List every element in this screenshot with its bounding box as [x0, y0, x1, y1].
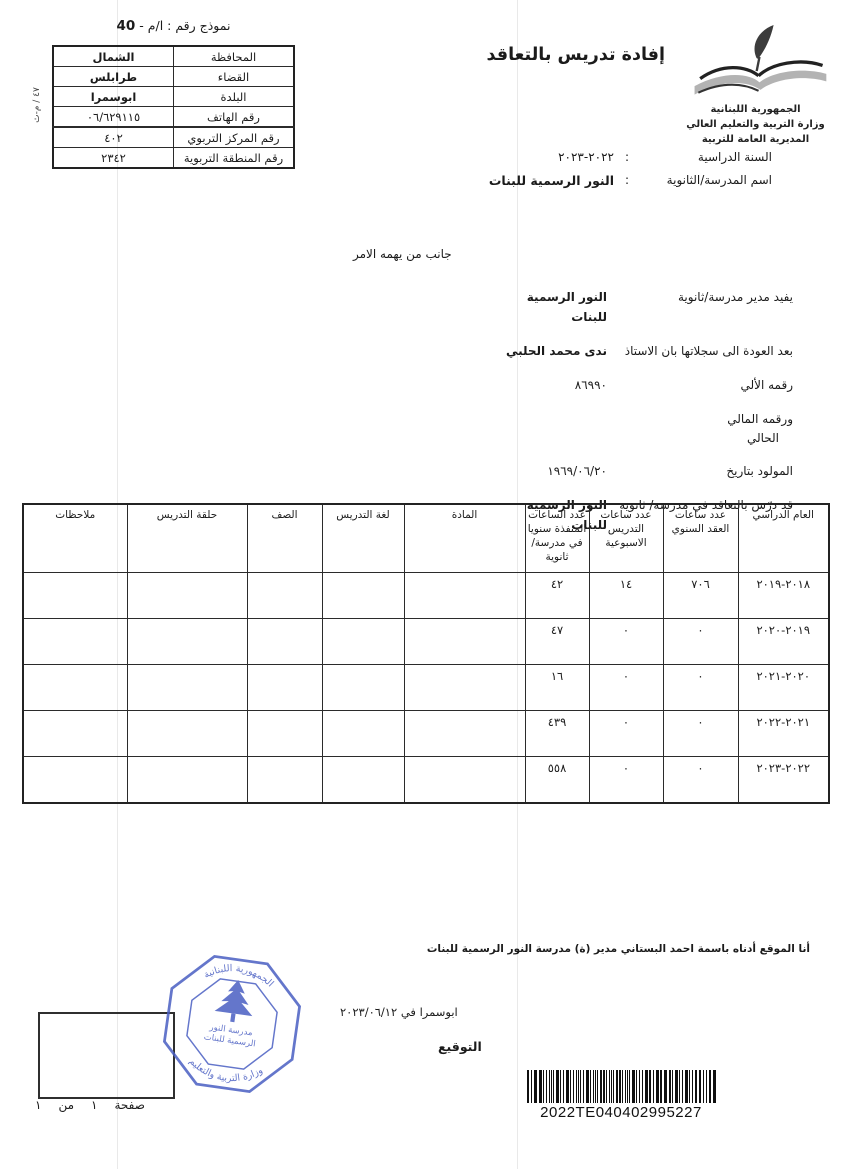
letter-value: ١٩٦٩/٠٦/٢٠	[547, 461, 607, 481]
total-pages: ١	[35, 1098, 41, 1112]
hours-cell: ١٤	[589, 573, 663, 619]
info-value: ٤٠٢	[53, 127, 174, 148]
barcode: 2022TE040402995227	[500, 1070, 742, 1121]
barcode-bar	[639, 1070, 640, 1103]
barcode-bar	[632, 1070, 635, 1103]
hours-header-row: العام الدراسيعدد ساعات العقد السنويعدد س…	[23, 504, 829, 573]
hours-cell: ٤٣٩	[525, 711, 589, 757]
hours-cell	[322, 573, 404, 619]
ministry-line: وزارة التربية والتعليم العالي	[673, 117, 838, 132]
barcode-bar	[692, 1070, 693, 1103]
barcode-bar	[560, 1070, 561, 1103]
hours-header-cell: المادة	[404, 504, 525, 573]
letter-value: ٨٦٩٩٠	[575, 375, 607, 395]
side-code: ٤٧ / م-ث	[32, 60, 42, 150]
info-value: الشمال	[53, 46, 174, 67]
place-date-line: ابوسمرا في ٢٠٢٣/٠٦/١٢	[340, 1005, 458, 1019]
document-title: إفادة تدريس بالتعاقد	[487, 45, 665, 65]
hours-table-body: ٢٠١٨-٢٠١٩٧٠٦١٤٤٢٢٠١٩-٢٠٢٠٠٠٤٧٢٠٢٠-٢٠٢١٠٠…	[23, 573, 829, 804]
hours-cell	[127, 711, 247, 757]
hours-table-row: ٢٠١٨-٢٠١٩٧٠٦١٤٤٢	[23, 573, 829, 619]
barcode-bar	[543, 1070, 544, 1103]
barcode-bar	[609, 1070, 610, 1103]
info-value: ٠٦/٦٢٩١١٥	[53, 107, 174, 128]
info-table-row: رقم المنطقة التربوية٢٣٤٢	[53, 148, 294, 169]
info-table-row: رقم المركز التربوي٤٠٢	[53, 127, 294, 148]
hours-table-row: ٢٠١٩-٢٠٢٠٠٠٤٧	[23, 619, 829, 665]
info-value: طرابلس	[53, 67, 174, 87]
colon: :	[614, 146, 640, 169]
hours-cell: ٤٧	[525, 619, 589, 665]
hours-cell: ٠	[589, 757, 663, 804]
place-label: ابوسمرا في	[401, 1005, 458, 1019]
hours-cell	[247, 665, 322, 711]
barcode-bar	[679, 1070, 680, 1103]
letter-line: المولود بتاريخ١٩٦٩/٠٦/٢٠	[493, 461, 793, 481]
hours-cell: ٥٥٨	[525, 757, 589, 804]
letter-value: ندى محمد الحلبي	[506, 341, 607, 361]
hours-cell: ٠	[663, 665, 738, 711]
hours-table-row: ٢٠٢٠-٢٠٢١٠٠١٦	[23, 665, 829, 711]
declaration-line: أنا الموقع أدناه باسمة احمد البستاني مدي…	[427, 943, 810, 955]
school-year-line: السنة الدراسية : ٢٠٢٢-٢٠٢٣	[472, 146, 772, 169]
info-label: المحافظة	[174, 46, 295, 67]
barcode-bar	[595, 1070, 596, 1103]
barcode-bar	[553, 1070, 554, 1103]
hours-cell	[23, 711, 127, 757]
barcode-bar	[611, 1070, 612, 1103]
barcode-bar	[642, 1070, 643, 1103]
barcode-bar	[603, 1070, 605, 1103]
barcode-bar	[629, 1070, 630, 1103]
barcode-bars	[500, 1070, 742, 1103]
hours-cell: ٧٠٦	[663, 573, 738, 619]
hours-cell	[322, 619, 404, 665]
letter-line: رقمه الألي٨٦٩٩٠	[493, 375, 793, 395]
letter-line: ورقمه الماليالحالي	[493, 409, 793, 447]
hours-cell	[23, 573, 127, 619]
hours-cell	[23, 757, 127, 804]
hours-cell: ٠	[589, 619, 663, 665]
page-number: ١	[91, 1098, 97, 1112]
barcode-bar	[597, 1070, 598, 1103]
hours-header-cell: عدد ساعات التدريس الاسبوعية	[589, 504, 663, 573]
hours-cell: ٠	[663, 619, 738, 665]
hours-cell	[404, 711, 525, 757]
barcode-bar	[675, 1070, 678, 1103]
info-label: رقم المركز التربوي	[174, 127, 295, 148]
barcode-bar	[682, 1070, 683, 1103]
hours-header-cell: عدد ساعات العقد السنوي	[663, 504, 738, 573]
barcode-bar	[649, 1070, 651, 1103]
ministry-line: الجمهورية اللبنانية	[673, 102, 838, 117]
hours-cell	[127, 573, 247, 619]
info-table-body: المحافظةالشمالالقضاءطرابلسالبلدةابوسمرار…	[53, 46, 294, 168]
barcode-bar	[695, 1070, 697, 1103]
school-info-block: السنة الدراسية : ٢٠٢٢-٢٠٢٣ اسم المدرسة/ا…	[472, 146, 772, 192]
hours-cell	[247, 619, 322, 665]
info-value: ابوسمرا	[53, 87, 174, 107]
barcode-bar	[563, 1070, 564, 1103]
school-year-value: ٢٠٢٢-٢٠٢٣	[558, 146, 614, 169]
info-label: القضاء	[174, 67, 295, 87]
school-name-line: اسم المدرسة/الثانوية : النور الرسمية للب…	[472, 169, 772, 192]
barcode-bar	[531, 1070, 532, 1103]
barcode-bar	[625, 1070, 626, 1103]
letter-label: يفيد مدير مدرسة/ثانوية	[607, 287, 793, 327]
hours-header-cell: الصف	[247, 504, 322, 573]
form-model-number: نموذج رقم : ا/م - 40	[52, 18, 295, 34]
hours-cell	[23, 619, 127, 665]
hours-table: العام الدراسيعدد ساعات العقد السنويعدد س…	[22, 503, 830, 804]
letter-line: بعد العودة الى سجلاتها بان الاستاذندى مح…	[493, 341, 793, 361]
hours-year-cell: ٢٠٢٢-٢٠٢٣	[738, 757, 829, 804]
hours-cell	[23, 665, 127, 711]
barcode-bar	[590, 1070, 591, 1103]
barcode-bar	[613, 1070, 614, 1103]
letter-label: بعد العودة الى سجلاتها بان الاستاذ	[607, 341, 793, 361]
hours-cell	[322, 665, 404, 711]
info-table-row: رقم الهاتف٠٦/٦٢٩١١٥	[53, 107, 294, 128]
hours-cell: ١٦	[525, 665, 589, 711]
letter-value: النور الرسمية للبنات	[493, 287, 607, 327]
hours-cell	[404, 665, 525, 711]
barcode-bar	[578, 1070, 579, 1103]
hours-cell	[404, 757, 525, 804]
barcode-bar	[627, 1070, 628, 1103]
barcode-bar	[539, 1070, 542, 1103]
hours-cell	[404, 619, 525, 665]
hours-cell	[322, 711, 404, 757]
ministry-book-logo-icon	[687, 24, 832, 104]
ministry-name-block: الجمهورية اللبنانيةوزارة التربية والتعلي…	[673, 102, 838, 147]
info-table-row: البلدةابوسمرا	[53, 87, 294, 107]
document-page: نموذج رقم : ا/م - 40 المحافظةالشمالالقضا…	[0, 0, 850, 1169]
barcode-bar	[672, 1070, 673, 1103]
hours-cell: ٠	[663, 711, 738, 757]
barcode-bar	[534, 1070, 537, 1103]
hours-table-row: ٢٠٢٢-٢٠٢٣٠٠٥٥٨	[23, 757, 829, 804]
hours-year-cell: ٢٠٢١-٢٠٢٢	[738, 711, 829, 757]
barcode-bar	[580, 1070, 581, 1103]
barcode-bar	[699, 1070, 701, 1103]
barcode-bar	[622, 1070, 623, 1103]
barcode-bar	[593, 1070, 594, 1103]
info-label: رقم الهاتف	[174, 107, 295, 128]
hours-header-cell: عدد الساعات المنفذة سنويا في مدرسة/ثانوي…	[525, 504, 589, 573]
page-word: صفحة	[114, 1098, 144, 1112]
barcode-bar	[664, 1070, 667, 1103]
letter-label: ورقمه الماليالحالي	[607, 409, 793, 447]
barcode-bar	[527, 1070, 529, 1103]
school-name-label: اسم المدرسة/الثانوية	[640, 169, 772, 192]
barcode-bar	[703, 1070, 704, 1103]
barcode-bar	[709, 1070, 711, 1103]
hours-header-cell: لغة التدريس	[322, 504, 404, 573]
hours-cell	[127, 665, 247, 711]
hours-year-cell: ٢٠٢٠-٢٠٢١	[738, 665, 829, 711]
letter-label-line2: الحالي	[607, 429, 793, 447]
school-name-value: النور الرسمية للبنات	[489, 169, 614, 192]
school-year-label: السنة الدراسية	[640, 146, 772, 169]
colon: :	[614, 169, 640, 192]
info-label: رقم المنطقة التربوية	[174, 148, 295, 169]
hours-cell: ٠	[589, 711, 663, 757]
barcode-bar	[606, 1070, 607, 1103]
date-value: ٢٠٢٣/٠٦/١٢	[340, 1005, 397, 1019]
barcode-bar	[645, 1070, 648, 1103]
barcode-bar	[566, 1070, 569, 1103]
barcode-bar	[546, 1070, 547, 1103]
salutation: جانب من يهمه الامر	[353, 247, 452, 261]
page-indicator: صفحة ١ من ١	[35, 1098, 145, 1112]
hours-header-cell: حلقة التدريس	[127, 504, 247, 573]
barcode-bar	[583, 1070, 584, 1103]
info-table-row: المحافظةالشمال	[53, 46, 294, 67]
barcode-bar	[653, 1070, 654, 1103]
barcode-bar	[636, 1070, 637, 1103]
barcode-bar	[660, 1070, 662, 1103]
form-model-value: 40	[117, 18, 136, 34]
barcode-bar	[619, 1070, 621, 1103]
hours-cell	[247, 573, 322, 619]
barcode-bar	[549, 1070, 550, 1103]
barcode-bar	[600, 1070, 602, 1103]
barcode-bar	[576, 1070, 577, 1103]
hours-cell	[404, 573, 525, 619]
hours-cell	[247, 711, 322, 757]
of-word: من	[58, 1098, 74, 1112]
barcode-bar	[586, 1070, 589, 1103]
info-label: البلدة	[174, 87, 295, 107]
barcode-bar	[573, 1070, 574, 1103]
info-table-row: القضاءطرابلس	[53, 67, 294, 87]
signature-label: التوقيع	[438, 1039, 482, 1054]
barcode-bar	[556, 1070, 559, 1103]
barcode-bar	[656, 1070, 659, 1103]
letter-label: المولود بتاريخ	[607, 461, 793, 481]
hours-cell	[127, 757, 247, 804]
barcode-text: 2022TE040402995227	[500, 1104, 742, 1121]
hours-year-cell: ٢٠١٨-٢٠١٩	[738, 573, 829, 619]
barcode-bar	[713, 1070, 716, 1103]
hours-year-cell: ٢٠١٩-٢٠٢٠	[738, 619, 829, 665]
hours-cell: ٠	[589, 665, 663, 711]
official-stamp: الجمهورية اللبنانية وزارة التربية والتعل…	[148, 940, 315, 1107]
hours-header-cell: ملاحظات	[23, 504, 127, 573]
barcode-bar	[689, 1070, 690, 1103]
hours-cell	[322, 757, 404, 804]
hours-cell	[127, 619, 247, 665]
barcode-bar	[570, 1070, 571, 1103]
form-model-prefix: نموذج رقم : ا/م -	[139, 18, 230, 33]
info-value: ٢٣٤٢	[53, 148, 174, 169]
info-table: المحافظةالشمالالقضاءطرابلسالبلدةابوسمرار…	[52, 45, 295, 169]
hours-cell: ٠	[663, 757, 738, 804]
barcode-bar	[706, 1070, 707, 1103]
barcode-bar	[551, 1070, 552, 1103]
hours-cell	[247, 757, 322, 804]
letter-line: يفيد مدير مدرسة/ثانويةالنور الرسمية للبن…	[493, 287, 793, 327]
barcode-bar	[685, 1070, 688, 1103]
ministry-line: المديرية العامة للتربية	[673, 132, 838, 147]
hours-cell: ٤٢	[525, 573, 589, 619]
barcode-bar	[616, 1070, 618, 1103]
barcode-bar	[669, 1070, 671, 1103]
hours-table-row: ٢٠٢١-٢٠٢٢٠٠٤٣٩	[23, 711, 829, 757]
hours-header-cell: العام الدراسي	[738, 504, 829, 573]
letter-label: رقمه الألي	[607, 375, 793, 395]
cedar-tree-icon	[213, 977, 257, 1024]
